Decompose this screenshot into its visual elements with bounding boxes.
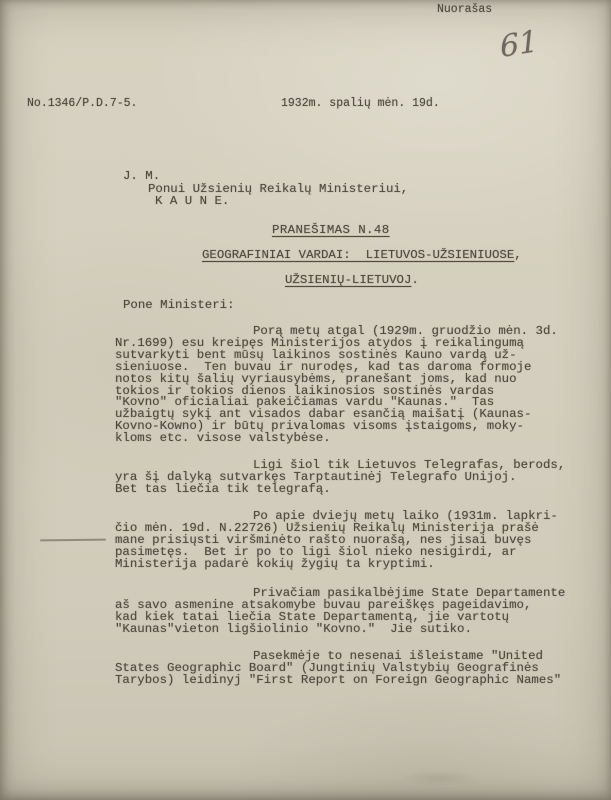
subject-heading-line1-text: GEOGRAFINIAI VARDAI: LIETUVOS-UŽSIENIUOS…: [202, 248, 514, 262]
subject-heading-line2: UŽSIENIŲ-LIETUVOJ.: [285, 275, 419, 287]
report-title: PRANEŠIMAS N.48: [272, 225, 390, 237]
document-date: 1932m. spalių mėn. 19d.: [281, 98, 440, 110]
reference-number: No.1346/P.D.7-5.: [27, 98, 137, 110]
body-paragraph-5: Pasekmėje to nesenai išleistame "United …: [115, 651, 561, 687]
subject-heading-line1-punctuation: ,: [514, 248, 521, 262]
document-page: Nuorašas 61 No.1346/P.D.7-5. 1932m. spal…: [0, 0, 611, 800]
body-paragraph-1: Porą metų atgal (1929m. gruodžio mėn. 3d…: [115, 326, 558, 445]
subject-heading-line1: GEOGRAFINIAI VARDAI: LIETUVOS-UŽSIENIUOS…: [202, 250, 522, 262]
greeting: Pone Ministeri:: [123, 300, 235, 312]
body-paragraph-3: Po apie dviejų metų laiko (1931m. lapkri…: [115, 511, 558, 571]
subject-heading-line2-text: UŽSIENIŲ-LIETUVOJ: [285, 273, 411, 287]
body-paragraph-2: Ligi šiol tik Lietuvos Telegrafas, berod…: [115, 460, 565, 496]
body-paragraph-4: Privačiam pasikalbėjime State Departamen…: [115, 588, 565, 636]
recipient-address-line2: K A U N E.: [155, 196, 229, 208]
pencil-margin-mark: [40, 539, 106, 541]
handwritten-page-number: 61: [499, 27, 539, 63]
paper-smudge: [400, 770, 480, 786]
copy-label: Nuorašas: [437, 4, 492, 16]
report-title-text: PRANEŠIMAS N.48: [272, 223, 390, 237]
subject-heading-line2-punctuation: .: [411, 273, 418, 287]
